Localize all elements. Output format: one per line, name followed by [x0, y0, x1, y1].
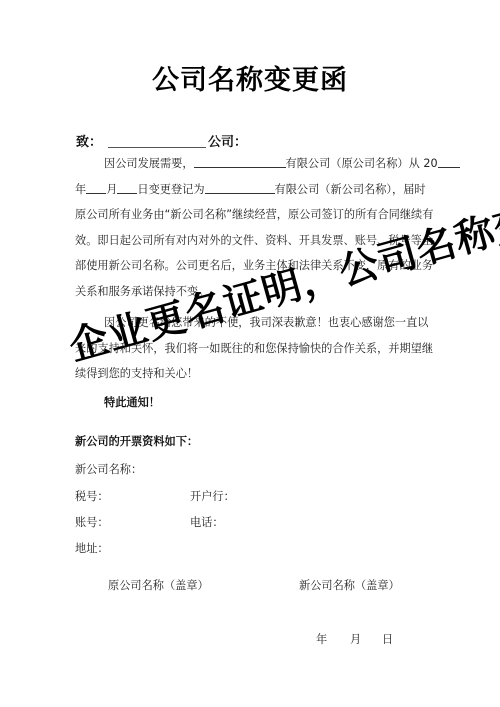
recipient-suffix: 公司： [208, 131, 247, 150]
month-blank [86, 181, 106, 194]
field-phone: 电话： [190, 514, 224, 530]
field-address: 地址： [75, 540, 109, 556]
date-day: 日 [382, 631, 393, 647]
date-month: 月 [350, 631, 361, 647]
old-company-blank [194, 155, 286, 168]
old-company-seal-label: 原公司名称（盖章） [108, 577, 209, 593]
text-segment: 因公司发展需要， [104, 157, 194, 170]
billing-section-title: 新公司的开票资料如下： [75, 433, 198, 449]
text-segment: 年 [75, 183, 86, 196]
text-segment: 月 [106, 183, 117, 196]
recipient-prefix: 致： [76, 131, 102, 150]
text-segment: 日变更登记为 [137, 183, 204, 196]
paragraph-line: 年月日变更登记为有限公司（新公司名称），届时 [75, 177, 435, 203]
text-segment: 有限公司（原公司名称）从 20 [286, 157, 438, 170]
new-company-seal-label: 新公司名称（盖章） [299, 577, 400, 593]
year-blank [438, 155, 460, 168]
paragraph-line: 原公司所有业务由“新公司名称”继续经营，原公司签订的所有合同继续有 [75, 202, 435, 228]
paragraph-line: 因公司发展需要，有限公司（原公司名称）从 20 [75, 151, 435, 177]
day-blank [117, 181, 137, 194]
text-segment: 有限公司（新公司名称），届时 [275, 183, 426, 196]
date-year: 年 [316, 631, 327, 647]
field-tax-id: 税号： [75, 488, 109, 504]
document-title: 公司名称变更函 [0, 58, 500, 97]
letter-page: 公司名称变更函 致： 公司： 因公司发展需要，有限公司（原公司名称）从 20 年… [0, 0, 500, 707]
new-company-blank [205, 181, 275, 194]
notice-text: 特此通知！ [104, 394, 160, 410]
field-bank: 开户行： [190, 488, 235, 504]
field-company-name: 新公司名称： [75, 461, 142, 477]
recipient-blank [108, 135, 206, 148]
recipient-line: 致： 公司： [76, 131, 247, 150]
field-account: 账号： [75, 514, 109, 530]
paragraph-line: 续得到您的支持和关心！ [75, 361, 435, 387]
